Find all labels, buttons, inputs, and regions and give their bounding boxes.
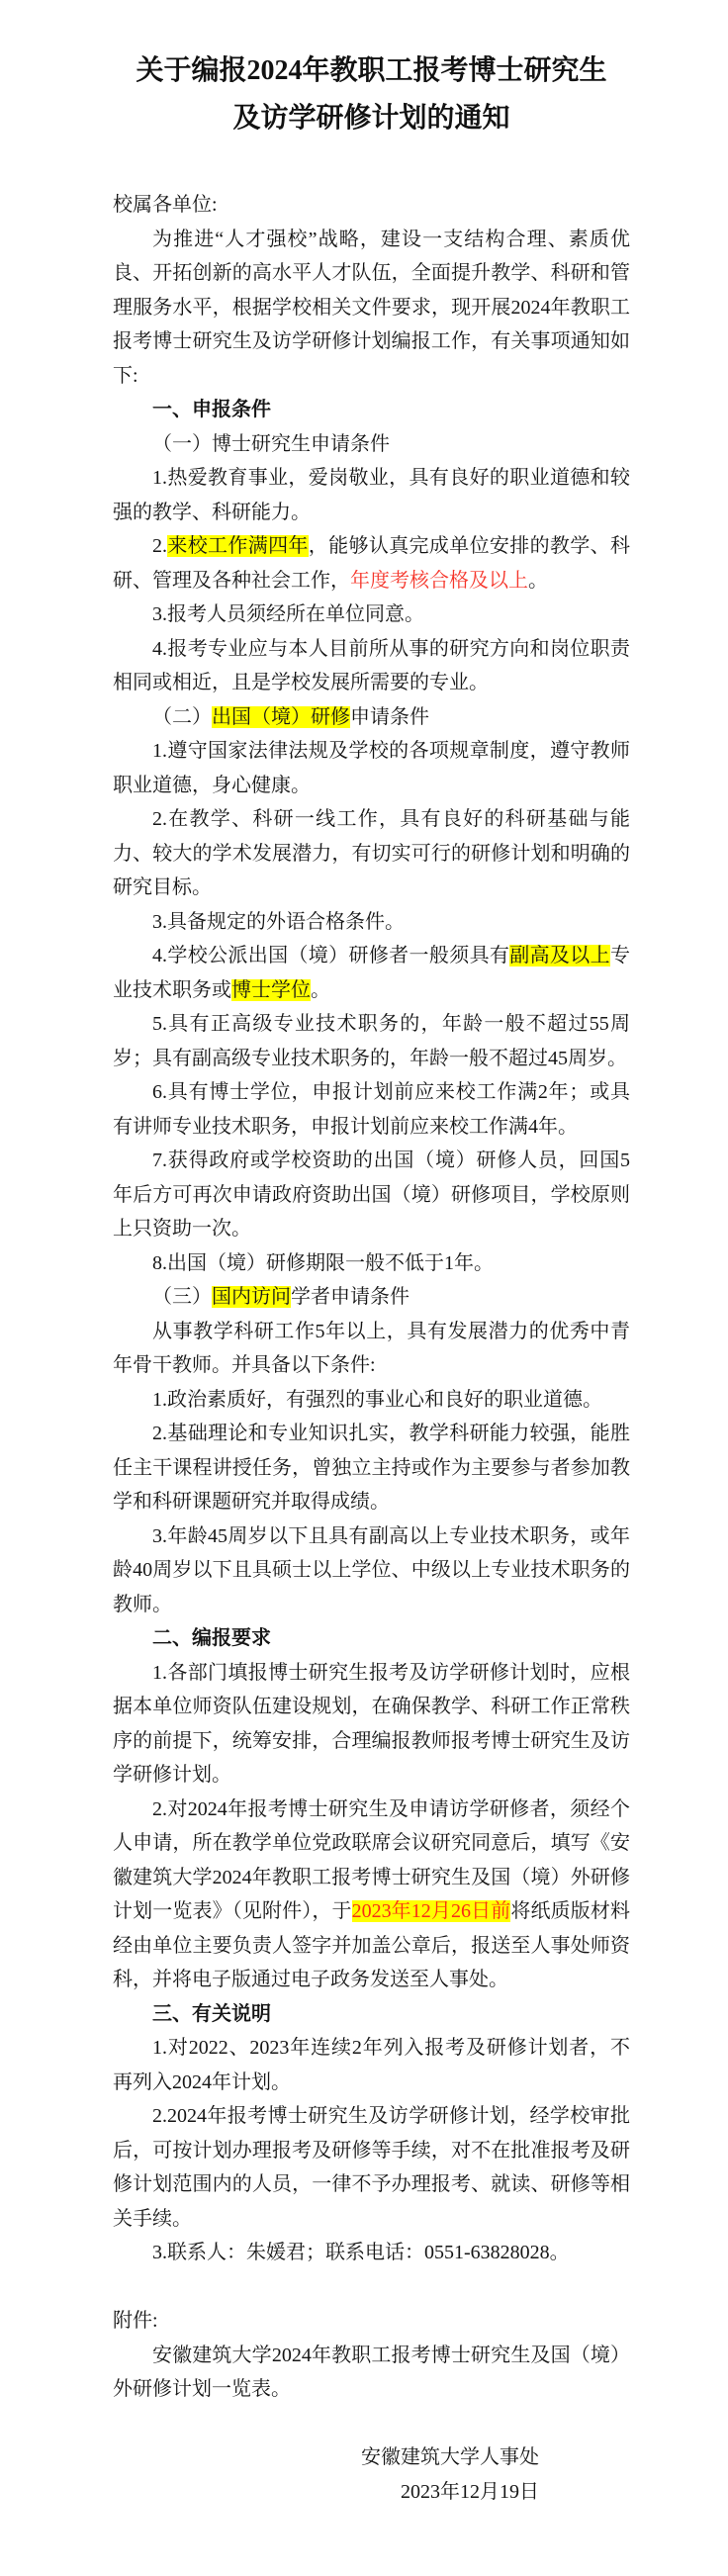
text-run: 。 (311, 979, 330, 1001)
paragraph: 8.出国（境）研修期限一般不低于1年。 (113, 1246, 630, 1281)
highlighted-text: 出国（境）研修 (212, 706, 350, 728)
text-run: 5.具有正高级专业技术职务的，年龄一般不超过55周岁；具有副高级专业技术职务的，… (113, 1013, 630, 1069)
paragraph: 7.获得政府或学校资助的出国（境）研修人员，回国5年后方可再次申请政府资助出国（… (113, 1144, 630, 1246)
text-run: 4.学校公派出国（境）研修者一般须具有 (152, 945, 509, 966)
text-run: 1.政治素质好，有强烈的事业心和良好的职业道德。 (152, 1389, 602, 1411)
document-page: 关于编报2024年教职工报考博士研究生 及访学研修计划的通知 校属各单位: 为推… (0, 0, 728, 2576)
text-run: 1.遵守国家法律法规及学校的各项规章制度，遵守教师职业道德，身心健康。 (113, 740, 630, 796)
highlighted-text: 副高及以上 (509, 945, 610, 966)
text-run: （二） (152, 706, 212, 728)
section-heading-2: 二、编报要求 (113, 1621, 630, 1656)
paragraph: 2.在教学、科研一线工作，具有良好的科研基础与能力、较大的学术发展潜力，有切实可… (113, 802, 630, 905)
text-run: 申请条件 (350, 706, 429, 728)
paragraph-intro: 为推进“人才强校”战略，建设一支结构合理、素质优良、开拓创新的高水平人才队伍，全… (113, 223, 630, 394)
text-run: 2. (152, 535, 167, 557)
text-run: 4.报考专业应与本人目前所从事的研究方向和岗位职责相同或相近，且是学校发展所需要… (113, 638, 630, 694)
signature-date: 2023年12月19日 (113, 2475, 630, 2510)
document-body: 校属各单位: 为推进“人才强校”战略，建设一支结构合理、素质优良、开拓创新的高水… (113, 188, 630, 2509)
paragraph: 6.具有博士学位，申报计划前应来校工作满2年；或具有讲师专业技术职务，申报计划前… (113, 1075, 630, 1144)
paragraph: 2.对2024年报考博士研究生及申请访学研修者，须经个人申请，所在教学单位党政联… (113, 1793, 630, 1997)
paragraph: 1.热爱教育事业，爱岗敬业，具有良好的职业道德和较强的教学、科研能力。 (113, 461, 630, 529)
text-run: 2023年12月19日 (401, 2481, 539, 2503)
text-run: 3.年龄45周岁以下且具有副高以上专业技术职务，或年龄40周岁以下且具硕士以上学… (113, 1525, 630, 1615)
blank-line (113, 2270, 630, 2305)
paragraph: 1.遵守国家法律法规及学校的各项规章制度，遵守教师职业道德，身心健康。 (113, 734, 630, 802)
text-run: 2.基础理论和专业知识扎实，教学科研能力较强，能胜任主干课程讲授任务，曾独立主持… (113, 1423, 630, 1513)
paragraph: 2.2024年报考博士研究生及访学研修计划，经学校审批后，可按计划办理报考及研修… (113, 2099, 630, 2236)
paragraph: 1.政治素质好，有强烈的事业心和良好的职业道德。 (113, 1383, 630, 1418)
signature-org: 安徽建筑大学人事处 (113, 2440, 630, 2475)
doc-title: 关于编报2024年教职工报考博士研究生 及访学研修计划的通知 (113, 47, 630, 142)
text-run: 一、申报条件 (152, 399, 271, 420)
attachment-item: 安徽建筑大学2024年教职工报考博士研究生及国（境）外研修计划一览表。 (113, 2339, 630, 2407)
text-run: 1.对2022、2023年连续2年列入报考及研修计划者，不再列入2024年计划。 (113, 2037, 630, 2093)
highlighted-text: 国内访问 (212, 1286, 291, 1308)
salutation: 校属各单位: (113, 188, 630, 223)
text-run: 安徽建筑大学2024年教职工报考博士研究生及国（境）外研修计划一览表。 (113, 2345, 630, 2401)
text-run: 1.各部门填报博士研究生报考及访学研修计划时，应根据本单位师资队伍建设规划，在确… (113, 1662, 630, 1787)
paragraph: 3.年龄45周岁以下且具有副高以上专业技术职务，或年龄40周岁以下且具硕士以上学… (113, 1519, 630, 1622)
text-run: 1.热爱教育事业，爱岗敬业，具有良好的职业道德和较强的教学、科研能力。 (113, 467, 630, 523)
subsection-heading: （二）出国（境）研修申请条件 (113, 700, 630, 735)
doc-title-line-2: 及访学研修计划的通知 (113, 95, 630, 142)
paragraph: 4.学校公派出国（境）研修者一般须具有副高及以上专业技术职务或博士学位。 (113, 939, 630, 1007)
text-run: 2.在教学、科研一线工作，具有良好的科研基础与能力、较大的学术发展潜力，有切实可… (113, 808, 630, 898)
paragraph: 3.具备规定的外语合格条件。 (113, 905, 630, 940)
text-run: 附件: (113, 2310, 158, 2332)
text-run: 3.报考人员须经所在单位同意。 (152, 603, 424, 625)
paragraph: 3.报考人员须经所在单位同意。 (113, 598, 630, 632)
subsection-heading: （一）博士研究生申请条件 (113, 427, 630, 462)
doc-title-line-1: 关于编报2024年教职工报考博士研究生 (113, 47, 630, 95)
paragraph: 从事教学科研工作5年以上，具有发展潜力的优秀中青年骨干教师。并具备以下条件: (113, 1315, 630, 1383)
text-run: 3.联系人：朱媛君；联系电话：0551-63828028。 (152, 2242, 570, 2263)
text-run: 2.2024年报考博士研究生及访学研修计划，经学校审批后，可按计划办理报考及研修… (113, 2105, 630, 2230)
subsection-heading: （三）国内访问学者申请条件 (113, 1280, 630, 1315)
blank-line (113, 2407, 630, 2441)
paragraph: 1.对2022、2023年连续2年列入报考及研修计划者，不再列入2024年计划。 (113, 2031, 630, 2099)
text-run: 7.获得政府或学校资助的出国（境）研修人员，回国5年后方可再次申请政府资助出国（… (113, 1150, 630, 1240)
text-run: 3.具备规定的外语合格条件。 (152, 911, 405, 933)
text-run: （一）博士研究生申请条件 (152, 433, 390, 455)
red-text: 年度考核合格及以上 (350, 570, 528, 592)
paragraph: 4.报考专业应与本人目前所从事的研究方向和岗位职责相同或相近，且是学校发展所需要… (113, 632, 630, 700)
paragraph: 1.各部门填报博士研究生报考及访学研修计划时，应根据本单位师资队伍建设规划，在确… (113, 1656, 630, 1793)
attachment-label: 附件: (113, 2304, 630, 2339)
paragraph-contact: 3.联系人：朱媛君；联系电话：0551-63828028。 (113, 2236, 630, 2270)
section-heading-3: 三、有关说明 (113, 1997, 630, 2032)
text-run: 安徽建筑大学人事处 (361, 2446, 539, 2468)
text-run: 6.具有博士学位，申报计划前应来校工作满2年；或具有讲师专业技术职务，申报计划前… (113, 1081, 630, 1138)
text-run: （三） (152, 1286, 212, 1308)
text-run: 从事教学科研工作5年以上，具有发展潜力的优秀中青年骨干教师。并具备以下条件: (113, 1321, 630, 1377)
text-run: 学者申请条件 (291, 1286, 409, 1308)
text-run: 8.出国（境）研修期限一般不低于1年。 (152, 1252, 494, 1274)
text-run: 二、编报要求 (152, 1627, 271, 1649)
text-run: 为推进“人才强校”战略，建设一支结构合理、素质优良、开拓创新的高水平人才队伍，全… (113, 229, 630, 387)
highlighted-text: 来校工作满四年 (167, 535, 309, 557)
red-highlighted-text: 2023年12月26日前 (352, 1900, 511, 1922)
section-heading-1: 一、申报条件 (113, 393, 630, 427)
text-run: 。 (528, 570, 548, 592)
paragraph: 5.具有正高级专业技术职务的，年龄一般不超过55周岁；具有副高级专业技术职务的，… (113, 1007, 630, 1075)
paragraph: 2.来校工作满四年，能够认真完成单位安排的教学、科研、管理及各种社会工作，年度考… (113, 529, 630, 598)
highlighted-text: 博士学位 (231, 979, 311, 1001)
text-run: 三、有关说明 (152, 2003, 271, 2025)
paragraph: 2.基础理论和专业知识扎实，教学科研能力较强，能胜任主干课程讲授任务，曾独立主持… (113, 1417, 630, 1519)
